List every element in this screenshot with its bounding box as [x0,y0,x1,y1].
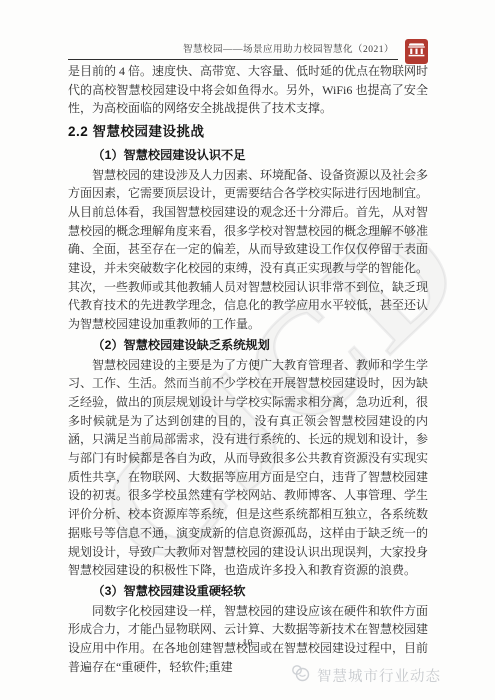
subsection-heading-1: （1）智慧校园建设认识不足 [68,146,428,165]
subsection-body-1: 智慧校园的建设涉及人力因素、环境配备、设备资源以及社会多方面因素，它需要顶层设计… [68,166,428,334]
subsection-heading-2: （2）智慧校园建设缺乏系统规划 [68,336,428,355]
subsection-heading-3: （3）智慧校园建设重硬轻软 [68,582,428,601]
footer-brand-text: 智慧城市行业动态 [317,665,441,686]
document-page: CJCD 智慧校园——场景应用助力校园智慧化（2021） [0,0,495,700]
page-header: 智慧校园——场景应用助力校园智慧化（2021） [68,28,428,58]
header-title: 智慧校园——场景应用助力校园智慧化（2021） [183,41,394,55]
classical-building-icon [407,40,426,64]
smart-city-circles-icon [290,664,312,687]
section-heading: 2.2 智慧校园建设挑战 [68,123,428,142]
subsection-body-2: 智慧校园建设的主要是为了方便广大教育管理者、教师和学生学习、工作、生活。然而当前… [68,356,428,580]
publisher-logo [405,39,428,64]
header-rule [68,59,398,60]
intro-paragraph: 是目前的 4 倍。速度快、高带宽、大容量、低时延的优点在物联网时代的高校智慧校园… [68,62,428,118]
page-number: 10 [0,638,495,649]
footer-brand-lockup: 智慧城市行业动态 [290,664,441,686]
document-body: 是目前的 4 倍。速度快、高带宽、大容量、低时延的优点在物联网时代的高校智慧校园… [68,62,428,677]
